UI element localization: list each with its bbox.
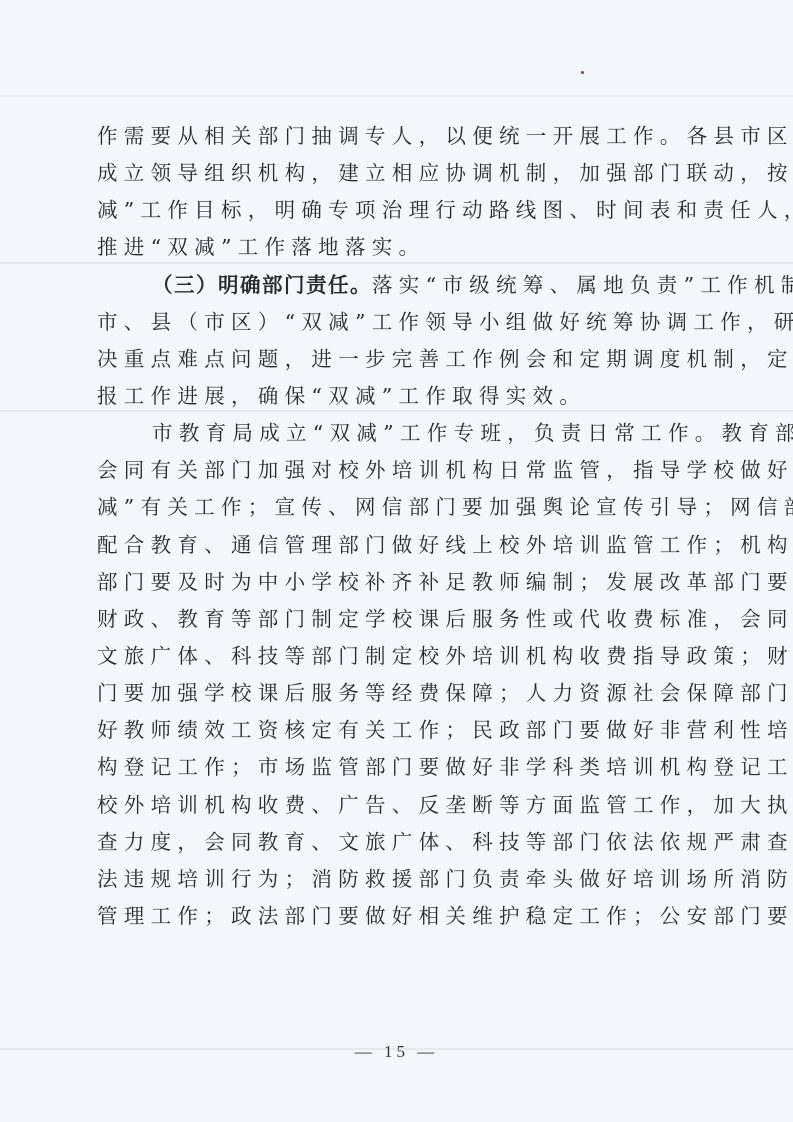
text-line: 作需要从相关部门抽调专人，以便统一开展工作。各县市区参照 bbox=[97, 118, 707, 155]
document-body: 作需要从相关部门抽调专人，以便统一开展工作。各县市区参照 成立领导组织机构，建立… bbox=[97, 118, 707, 935]
text-line: 好教师绩效工资核定有关工作；民政部门要做好非营利性培训机 bbox=[97, 712, 707, 749]
paragraph-departments: 市教育局成立“双减”工作专班，负责日常工作。教育部门要 会同有关部门加强对校外培… bbox=[97, 415, 707, 935]
paragraph-continuation: 作需要从相关部门抽调专人，以便统一开展工作。各县市区参照 成立领导组织机构，建立… bbox=[97, 118, 707, 267]
text-line: 报工作进展，确保“双减”工作取得实效。 bbox=[97, 378, 707, 415]
text-line: 部门要及时为中小学校补齐补足教师编制；发展改革部门要会同 bbox=[97, 564, 707, 601]
text-line: 市教育局成立“双减”工作专班，负责日常工作。教育部门要 bbox=[97, 415, 707, 452]
text-line: 管理工作；政法部门要做好相关维护稳定工作；公安部门要依法 bbox=[97, 898, 707, 935]
text-line: 文旅广体、科技等部门制定校外培训机构收费指导政策；财政部 bbox=[97, 638, 707, 675]
paragraph-section-3: （三）明确部门责任。落实“市级统筹、属地负责”工作机制， 市、县（市区）“双减”… bbox=[97, 267, 707, 416]
text-line: （三）明确部门责任。落实“市级统筹、属地负责”工作机制， bbox=[97, 267, 707, 304]
text-line: 推进“双减”工作落地落实。 bbox=[97, 229, 707, 266]
text-line: 财政、教育等部门制定学校课后服务性或代收费标准，会同教育、 bbox=[97, 601, 707, 638]
text-line: 成立领导组织机构，建立相应协调机制，加强部门联动，按照“双 bbox=[97, 155, 707, 192]
section-heading: （三）明确部门责任。 bbox=[152, 273, 372, 297]
text-line: 会同有关部门加强对校外培训机构日常监管，指导学校做好“双 bbox=[97, 452, 707, 489]
scan-speck bbox=[581, 71, 584, 74]
text-line: 门要加强学校课后服务等经费保障；人力资源社会保障部门要做 bbox=[97, 675, 707, 712]
text-line: 构登记工作；市场监管部门要做好非学科类培训机构登记工作和 bbox=[97, 749, 707, 786]
text-line: 法违规培训行为；消防救援部门负责牵头做好培训场所消防安全 bbox=[97, 861, 707, 898]
page-number: — 15 — bbox=[0, 1042, 793, 1062]
text-line: 减”工作目标，明确专项治理行动路线图、时间表和责任人，协同 bbox=[97, 192, 707, 229]
text-line: 查力度，会同教育、文旅广体、科技等部门依法依规严肃查处违 bbox=[97, 824, 707, 861]
text-line: 校外培训机构收费、广告、反垄断等方面监管工作，加大执法检 bbox=[97, 787, 707, 824]
text-line: 市、县（市区）“双减”工作领导小组做好统筹协调工作，研究解 bbox=[97, 304, 707, 341]
text-line: 决重点难点问题，进一步完善工作例会和定期调度机制，定期通 bbox=[97, 341, 707, 378]
text-line: 配合教育、通信管理部门做好线上校外培训监管工作；机构编制 bbox=[97, 527, 707, 564]
heading-rest-text: 落实“市级统筹、属地负责”工作机制， bbox=[372, 273, 793, 297]
text-line: 减”有关工作；宣传、网信部门要加强舆论宣传引导；网信部门要 bbox=[97, 489, 707, 526]
